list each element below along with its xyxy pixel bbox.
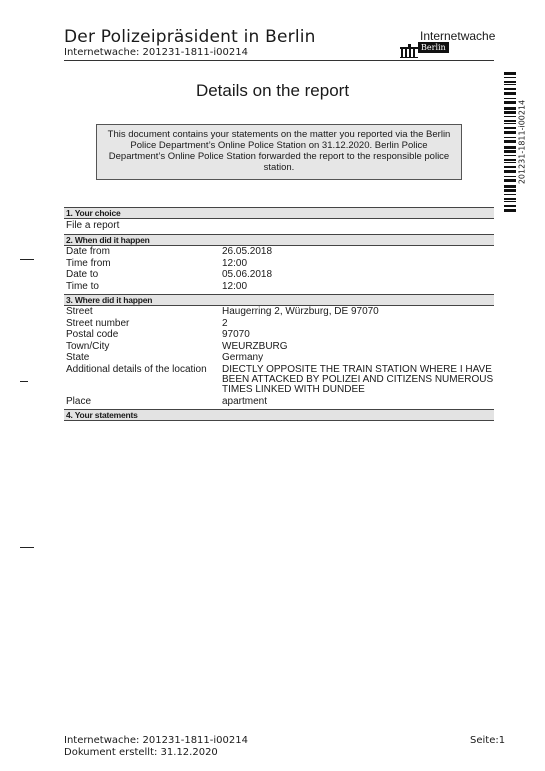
logo-title: Internetwache <box>420 29 495 43</box>
section-heading-choice: 1. Your choice <box>64 207 494 219</box>
field-label: Street <box>66 306 222 318</box>
field-label: Postal code <box>66 329 222 341</box>
field-value: 05.06.2018 <box>222 269 494 281</box>
logo-badge: Berlin <box>418 42 449 53</box>
field-label: Street number <box>66 318 222 330</box>
fold-mark <box>20 259 34 260</box>
footer-info: Internetwache: 201231-1811-i00214 Dokume… <box>64 735 248 759</box>
case-number: Internetwache: 201231-1811-i00214 <box>64 47 248 58</box>
punch-mark <box>20 381 28 382</box>
page-number: Seite:1 <box>470 735 505 746</box>
field-label: Additional details of the location <box>66 364 222 396</box>
field-value: 12:00 <box>222 258 494 270</box>
field-value: Haugerring 2, Würzburg, DE 97070 <box>222 306 494 318</box>
table-row: Postal code 97070 <box>64 329 494 341</box>
field-value: 26.05.2018 <box>222 246 494 258</box>
authority-title: Der Polizeipräsident in Berlin <box>64 27 316 47</box>
footer-created-date: Dokument erstellt: 31.12.2020 <box>64 747 248 759</box>
section-heading-where: 3. Where did it happen <box>64 294 494 306</box>
footer-case-number: Internetwache: 201231-1811-i00214 <box>64 735 248 747</box>
table-row: Street number 2 <box>64 318 494 330</box>
brandenburg-gate-icon <box>400 44 418 58</box>
field-value: DIECTLY OPPOSITE THE TRAIN STATION WHERE… <box>222 364 494 396</box>
field-value: Germany <box>222 352 494 364</box>
notice-box: This document contains your statements o… <box>96 124 462 180</box>
table-row: Place apartment <box>64 396 494 408</box>
fold-mark <box>20 547 34 548</box>
table-row: Town/City WEURZBURG <box>64 341 494 353</box>
field-value: 97070 <box>222 329 494 341</box>
field-label: Place <box>66 396 222 408</box>
report-details: 1. Your choice File a report 2. When did… <box>64 205 494 421</box>
header-divider <box>64 60 494 61</box>
field-label: State <box>66 352 222 364</box>
field-label: Time from <box>66 258 222 270</box>
section-heading-statements: 4. Your statements <box>64 409 494 421</box>
field-value: WEURZBURG <box>222 341 494 353</box>
field-label: Time to <box>66 281 222 293</box>
field-value: apartment <box>222 396 494 408</box>
table-row: Additional details of the location DIECT… <box>64 364 494 396</box>
field-label: Town/City <box>66 341 222 353</box>
barcode-text: 201231-1811-i00214 <box>518 100 527 184</box>
field-value: 12:00 <box>222 281 494 293</box>
table-row: State Germany <box>64 352 494 364</box>
field-value: 2 <box>222 318 494 330</box>
document-title: Details on the report <box>0 81 545 101</box>
section-heading-when: 2. When did it happen <box>64 234 494 246</box>
table-row: Street Haugerring 2, Würzburg, DE 97070 <box>64 306 494 318</box>
table-row: Time from 12:00 <box>64 258 494 270</box>
table-row: Date from 26.05.2018 <box>64 246 494 258</box>
table-row: Time to 12:00 <box>64 281 494 293</box>
field-label: Date to <box>66 269 222 281</box>
choice-value: File a report <box>64 219 494 232</box>
table-row: Date to 05.06.2018 <box>64 269 494 281</box>
field-label: Date from <box>66 246 222 258</box>
